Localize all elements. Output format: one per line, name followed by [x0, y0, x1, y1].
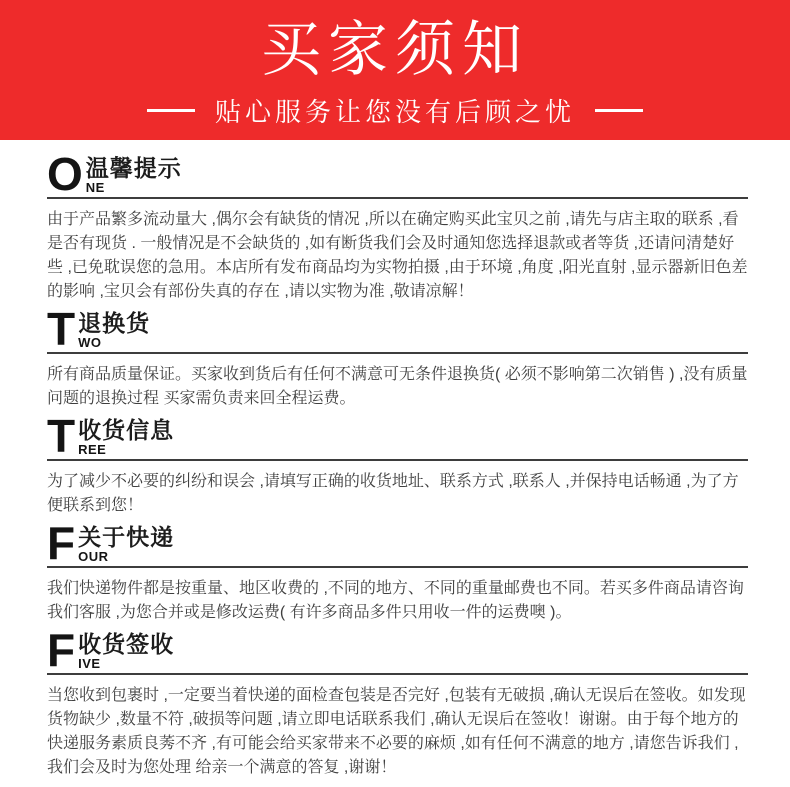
section-body: 当您收到包裹时 ,一定要当着快递的面检查包装是否完好 ,包装有无破损 ,确认无误…	[47, 684, 748, 780]
section-number-letter: F	[47, 632, 75, 668]
section-returns: T 退换货 WO 所有商品质量保证。买家收到货后有任何不满意可无条件退换货( 必…	[47, 311, 748, 411]
section-body: 我们快递物件都是按重量、地区收费的 ,不同的地方、不同的重量邮费也不同。若买多件…	[47, 577, 748, 625]
section-warm-tips: O 温馨提示 NE 由于产品繁多流动量大 ,偶尔会有缺货的情况 ,所以在确定购买…	[47, 156, 748, 304]
section-header: O 温馨提示 NE	[47, 156, 748, 194]
section-number-letter: T	[47, 311, 75, 347]
section-header: F 收货签收 IVE	[47, 632, 748, 670]
section-divider	[47, 352, 748, 354]
section-number-suffix: REE	[78, 443, 174, 456]
section-body: 所有商品质量保证。买家收到货后有任何不满意可无条件退换货( 必须不影响第二次销售…	[47, 363, 748, 411]
section-header: T 退换货 WO	[47, 311, 748, 349]
section-delivery-info: T 收货信息 REE 为了减少不必要的纠纷和误会 ,请填写正确的收货地址、联系方…	[47, 418, 748, 518]
notice-content: O 温馨提示 NE 由于产品繁多流动量大 ,偶尔会有缺货的情况 ,所以在确定购买…	[0, 140, 790, 780]
section-number-letter: F	[47, 525, 75, 561]
subtitle-dash-right-icon	[595, 109, 643, 112]
section-header: T 收货信息 REE	[47, 418, 748, 456]
section-divider	[47, 673, 748, 675]
section-body: 由于产品繁多流动量大 ,偶尔会有缺货的情况 ,所以在确定购买此宝贝之前 ,请先与…	[47, 208, 748, 304]
section-heading: 温馨提示	[86, 156, 182, 180]
buyer-notice-banner: 买家须知 贴心服务让您没有后顾之忧	[0, 0, 790, 140]
section-header: F 关于快递 OUR	[47, 525, 748, 563]
section-number-suffix: IVE	[78, 657, 174, 670]
section-number-letter: O	[47, 156, 83, 192]
banner-title: 买家须知	[0, 0, 790, 83]
section-heading: 退换货	[78, 311, 150, 335]
section-heading: 收货信息	[78, 418, 174, 442]
banner-subtitle-row: 贴心服务让您没有后顾之忧	[0, 92, 790, 129]
section-number-suffix: NE	[86, 181, 182, 194]
subtitle-dash-left-icon	[147, 109, 195, 112]
banner-subtitle: 贴心服务让您没有后顾之忧	[215, 92, 575, 129]
section-number-suffix: WO	[78, 336, 150, 349]
section-heading: 收货签收	[78, 632, 174, 656]
section-divider	[47, 197, 748, 199]
section-number-letter: T	[47, 418, 75, 454]
section-sign-receipt: F 收货签收 IVE 当您收到包裹时 ,一定要当着快递的面检查包装是否完好 ,包…	[47, 632, 748, 780]
section-about-express: F 关于快递 OUR 我们快递物件都是按重量、地区收费的 ,不同的地方、不同的重…	[47, 525, 748, 625]
section-number-suffix: OUR	[78, 550, 174, 563]
section-body: 为了减少不必要的纠纷和误会 ,请填写正确的收货地址、联系方式 ,联系人 ,并保持…	[47, 470, 748, 518]
section-divider	[47, 566, 748, 568]
section-heading: 关于快递	[78, 525, 174, 549]
section-divider	[47, 459, 748, 461]
